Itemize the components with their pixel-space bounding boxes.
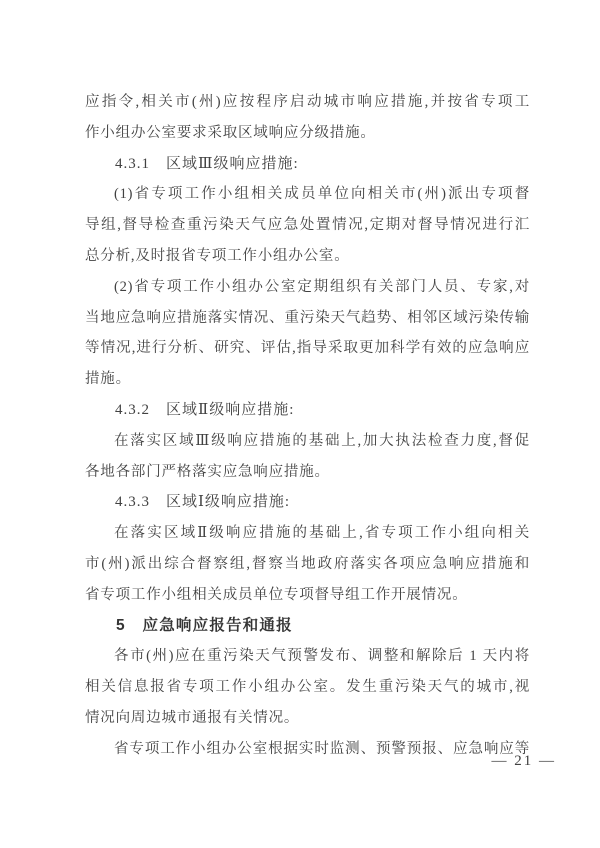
paragraph-line: 在落实区域Ⅲ级响应措施的基础上,加大执法检查力度,督促 [85,426,530,457]
paragraph-line: (2)省专项工作小组办公室定期组织有关部门人员、专家,对 [85,272,530,303]
section-heading-4-3-3: 4.3.3 区域Ⅰ级响应措施: [85,487,530,518]
section-heading-5: 5 应急响应报告和通报 [85,611,530,642]
page-number: — 21 — [492,753,557,773]
paragraph-line: 总分析,及时报省专项工作小组办公室。 [85,241,530,272]
section-heading-4-3-1: 4.3.1 区域Ⅲ级响应措施: [85,149,530,180]
paragraph-line: 市(州)派出综合督察组,督察当地政府落实各项应急响应措施和 [85,549,530,580]
document-page: 应指令,相关市(州)应按程序启动城市响应措施,并按省专项工 作小组办公室要求采取… [0,0,600,848]
paragraph-line: 当地应急响应措施落实情况、重污染天气趋势、相邻区域污染传输 [85,303,530,334]
paragraph-line: (1)省专项工作小组相关成员单位向相关市(州)派出专项督 [85,179,530,210]
document-body: 应指令,相关市(州)应按程序启动城市响应措施,并按省专项工 作小组办公室要求采取… [85,87,530,765]
paragraph-line: 各市(州)应在重污染天气预警发布、调整和解除后 1 天内将 [85,641,530,672]
paragraph-line: 应指令,相关市(州)应按程序启动城市响应措施,并按省专项工 [85,87,530,118]
paragraph-line: 等情况,进行分析、研究、评估,指导采取更加科学有效的应急响应 [85,333,530,364]
paragraph-line: 情况向周边城市通报有关情况。 [85,703,530,734]
paragraph-line: 在落实区域Ⅱ级响应措施的基础上,省专项工作小组向相关 [85,518,530,549]
paragraph-line: 相关信息报省专项工作小组办公室。发生重污染天气的城市,视 [85,672,530,703]
paragraph-line: 各地各部门严格落实应急响应措施。 [85,457,530,488]
paragraph-line: 作小组办公室要求采取区域响应分级措施。 [85,118,530,149]
paragraph-line: 导组,督导检查重污染天气应急处置情况,定期对督导情况进行汇 [85,210,530,241]
paragraph-line: 省专项工作小组相关成员单位专项督导组工作开展情况。 [85,580,530,611]
paragraph-line: 措施。 [85,364,530,395]
section-heading-4-3-2: 4.3.2 区域Ⅱ级响应措施: [85,395,530,426]
paragraph-line: 省专项工作小组办公室根据实时监测、预警预报、应急响应等 [85,734,530,765]
